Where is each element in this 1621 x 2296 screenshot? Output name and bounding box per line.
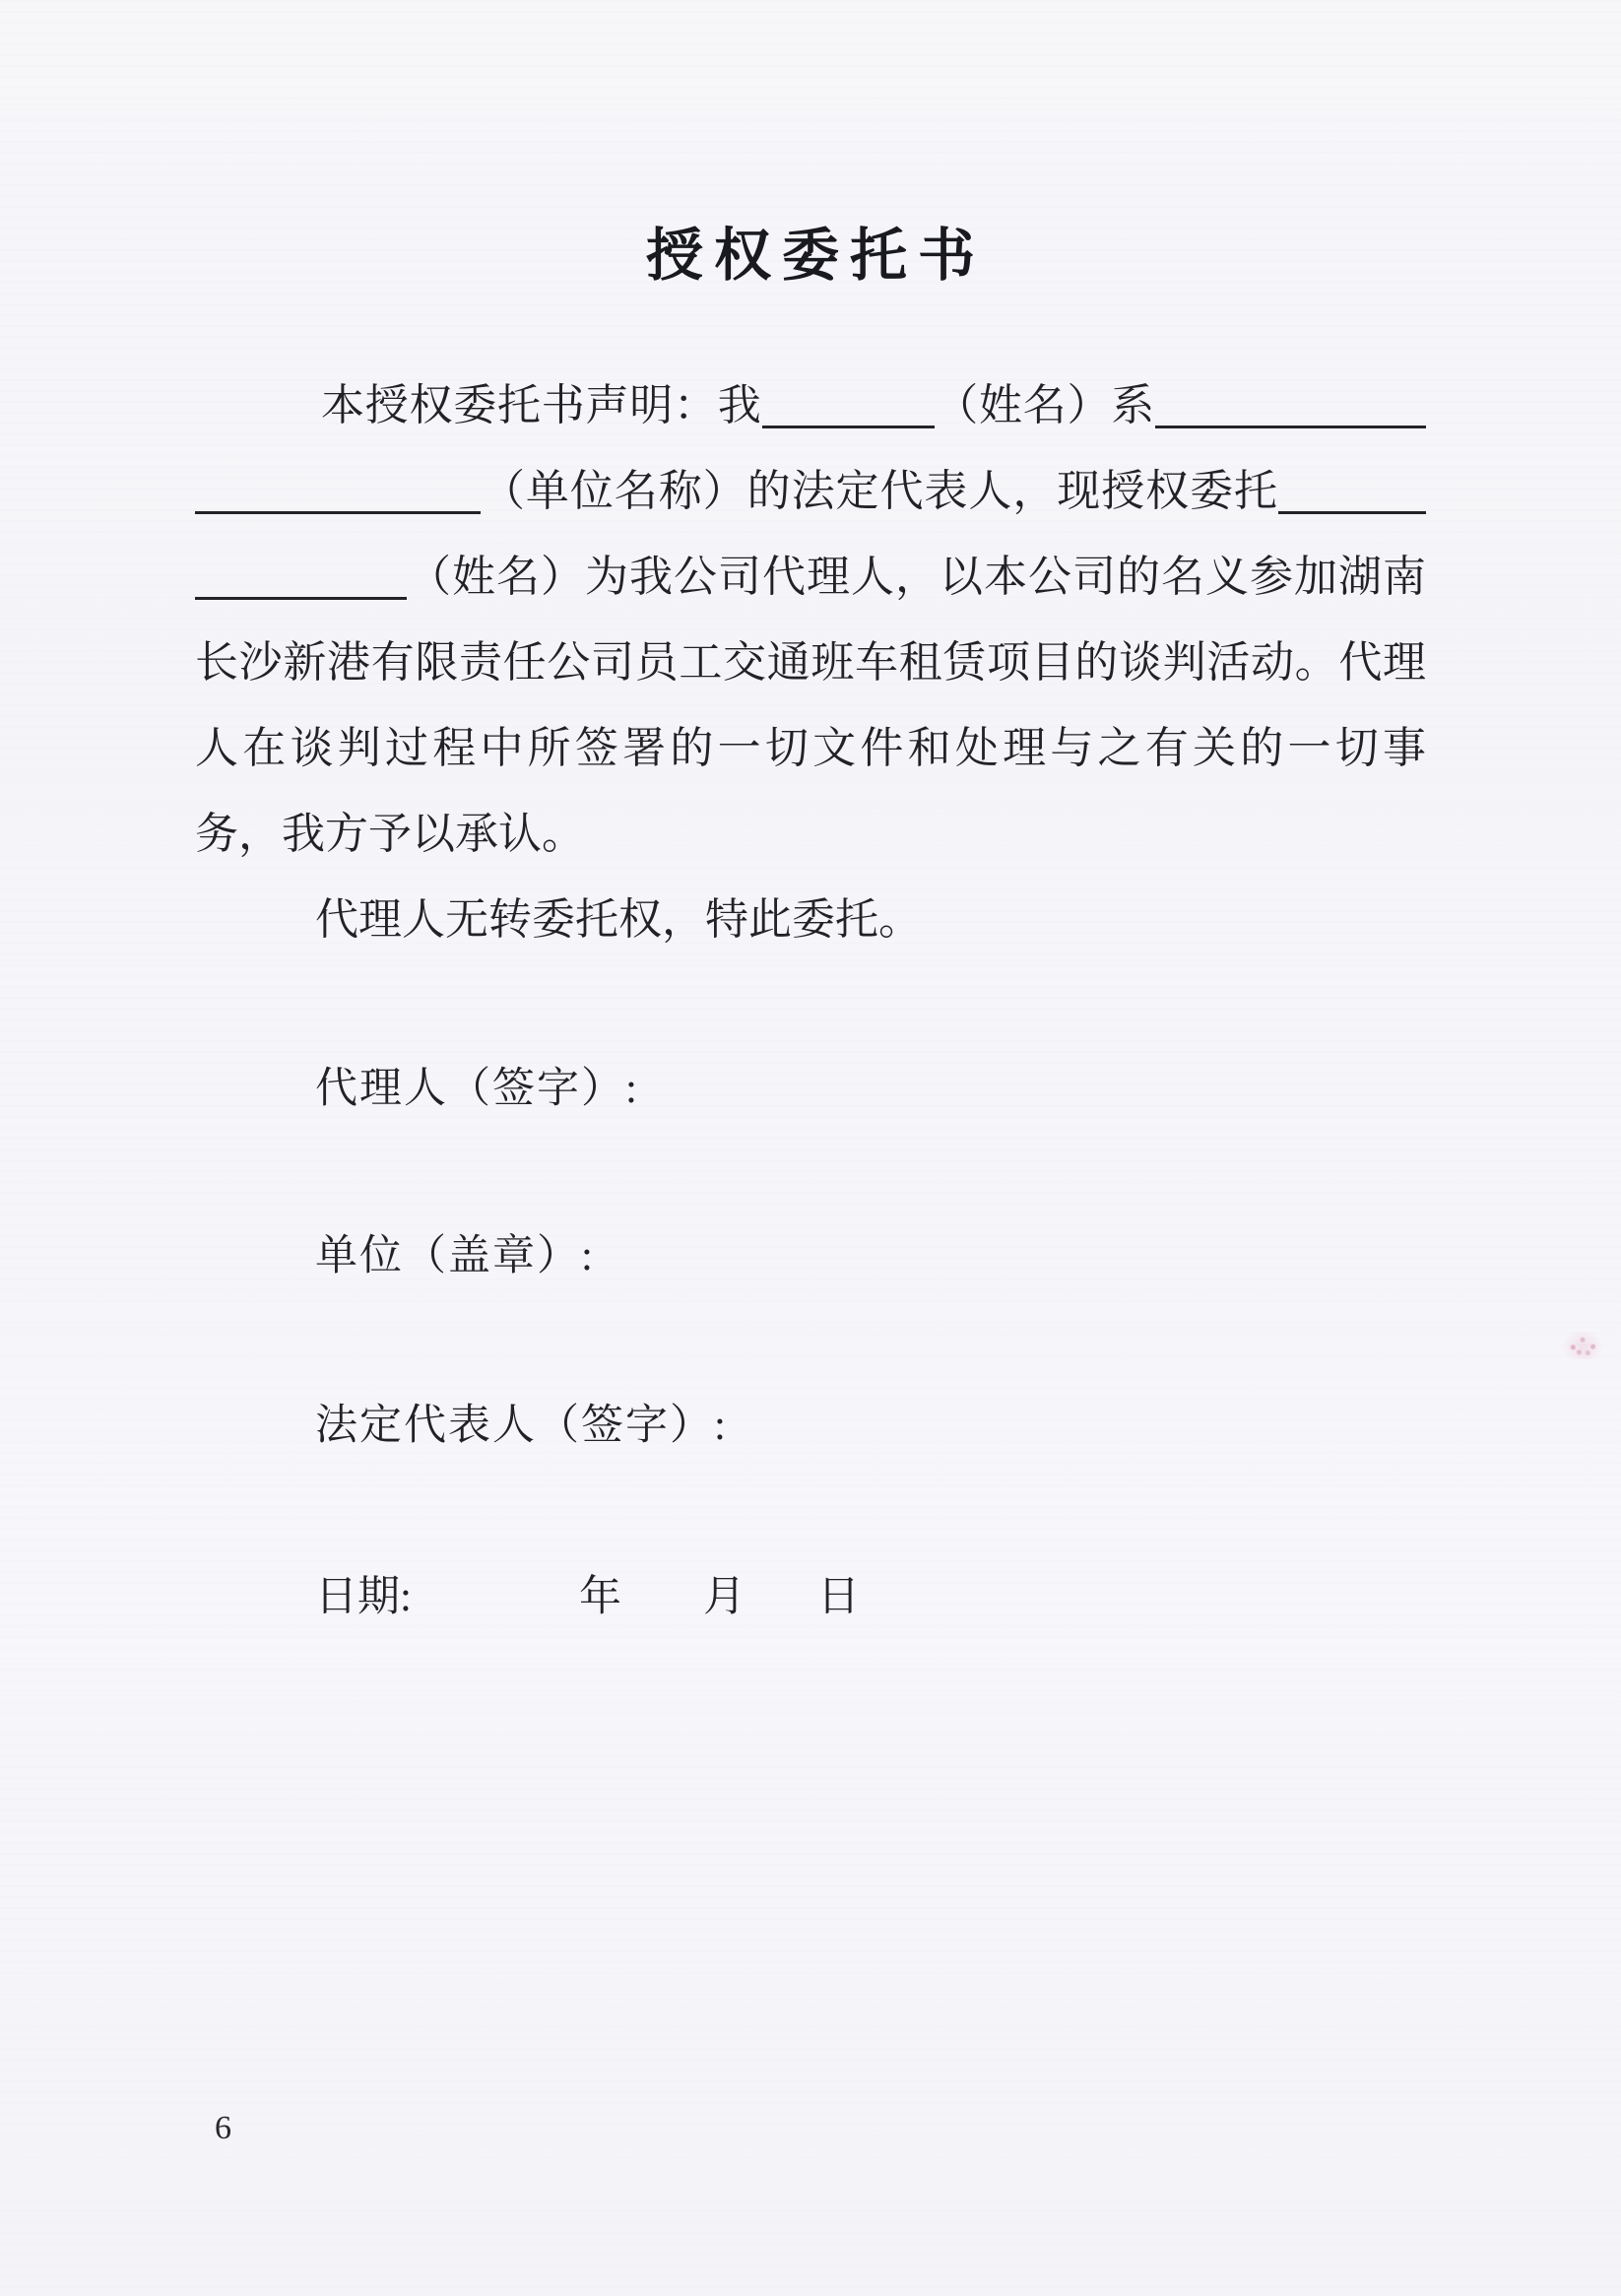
- blank-underline-agent-2: [195, 597, 407, 600]
- paragraph-line: 人在谈判过程中所签署的一切文件和处理与之有关的一切事: [195, 705, 1426, 791]
- authorization-body: 本授权委托书声明：我（姓名）系 （单位名称）的法定代表人，现授权委托 （姓名）为…: [195, 362, 1426, 962]
- pink-ink-smudge: [1561, 1328, 1604, 1359]
- body-text: （单位名称）的法定代表人，现授权委托: [481, 467, 1278, 515]
- body-text: 人在谈判过程中所签署的一切文件和处理与之有关的一切事: [195, 724, 1426, 772]
- body-text: （姓名）为我公司代理人，以本公司的名义参加湖南: [407, 553, 1426, 601]
- blank-underline-company-2: [195, 511, 481, 514]
- body-text: 代理人无转委托权，特此委托。: [315, 895, 922, 944]
- unit-seal-label: 单位（盖章）:: [315, 1231, 595, 1282]
- month-label: 月: [703, 1572, 746, 1623]
- body-text: （姓名）系: [935, 381, 1156, 429]
- day-label: 日: [817, 1572, 860, 1623]
- agent-signature-label: 代理人（签字）:: [315, 1064, 639, 1115]
- page-number: 6: [215, 2110, 231, 2147]
- blank-underline-name-1: [762, 426, 935, 428]
- paragraph-line: 务，我方予以承认。: [195, 791, 1426, 877]
- document-title: 授权委托书: [0, 209, 1621, 292]
- paragraph-line: （单位名称）的法定代表人，现授权委托: [195, 448, 1426, 534]
- body-text: 务，我方予以承认。: [195, 810, 585, 858]
- year-label: 年: [579, 1572, 621, 1623]
- blank-underline-company-1: [1155, 426, 1426, 428]
- paragraph-line: 代理人无转委托权，特此委托。: [195, 877, 1426, 962]
- paragraph-line: 长沙新港有限责任公司员工交通班车租赁项目的谈判活动。代理: [195, 620, 1426, 705]
- legal-representative-signature-label: 法定代表人（签字）:: [315, 1401, 728, 1452]
- date-label: 日期:: [315, 1572, 412, 1623]
- date-line: 日期: 年 月 日: [0, 1572, 1621, 1623]
- paragraph-line: （姓名）为我公司代理人，以本公司的名义参加湖南: [195, 534, 1426, 620]
- body-text: 本授权委托书声明：我: [321, 381, 762, 429]
- blank-underline-agent-1: [1278, 511, 1426, 514]
- body-text: 长沙新港有限责任公司员工交通班车租赁项目的谈判活动。代理: [195, 638, 1426, 687]
- scanned-document-page: 授权委托书 本授权委托书声明：我（姓名）系 （单位名称）的法定代表人，现授权委托…: [0, 0, 1621, 2296]
- paragraph-line: 本授权委托书声明：我（姓名）系: [195, 362, 1426, 448]
